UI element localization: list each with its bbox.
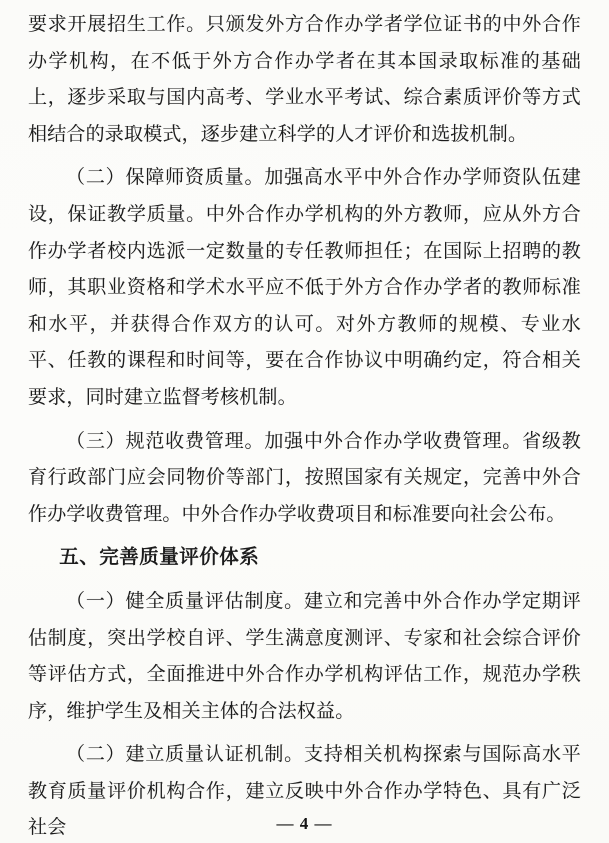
section-heading: 五、完善质量评价体系: [28, 540, 581, 577]
document-page: 要求开展招生工作。只颁发外方合作办学者学位证书的中外合作办学机构，在不低于外方合…: [0, 0, 609, 843]
body-paragraph-item-2: （二）保障师资质量。加强高水平中外合作办学师资队伍建设，保证教学质量。中外合作办…: [28, 160, 581, 416]
body-paragraph-item-1-after-heading: （一）健全质量评估制度。建立和完善中外合作办学定期评估制度，突出学校自评、学生满…: [28, 584, 581, 730]
body-paragraph-continuation: 要求开展招生工作。只颁发外方合作办学者学位证书的中外合作办学机构，在不低于外方合…: [28, 7, 581, 153]
page-number: — 4 —: [0, 814, 609, 834]
body-paragraph-item-3: （三）规范收费管理。加强中外合作办学收费管理。省级教育行政部门应会同物价等部门，…: [28, 424, 581, 534]
